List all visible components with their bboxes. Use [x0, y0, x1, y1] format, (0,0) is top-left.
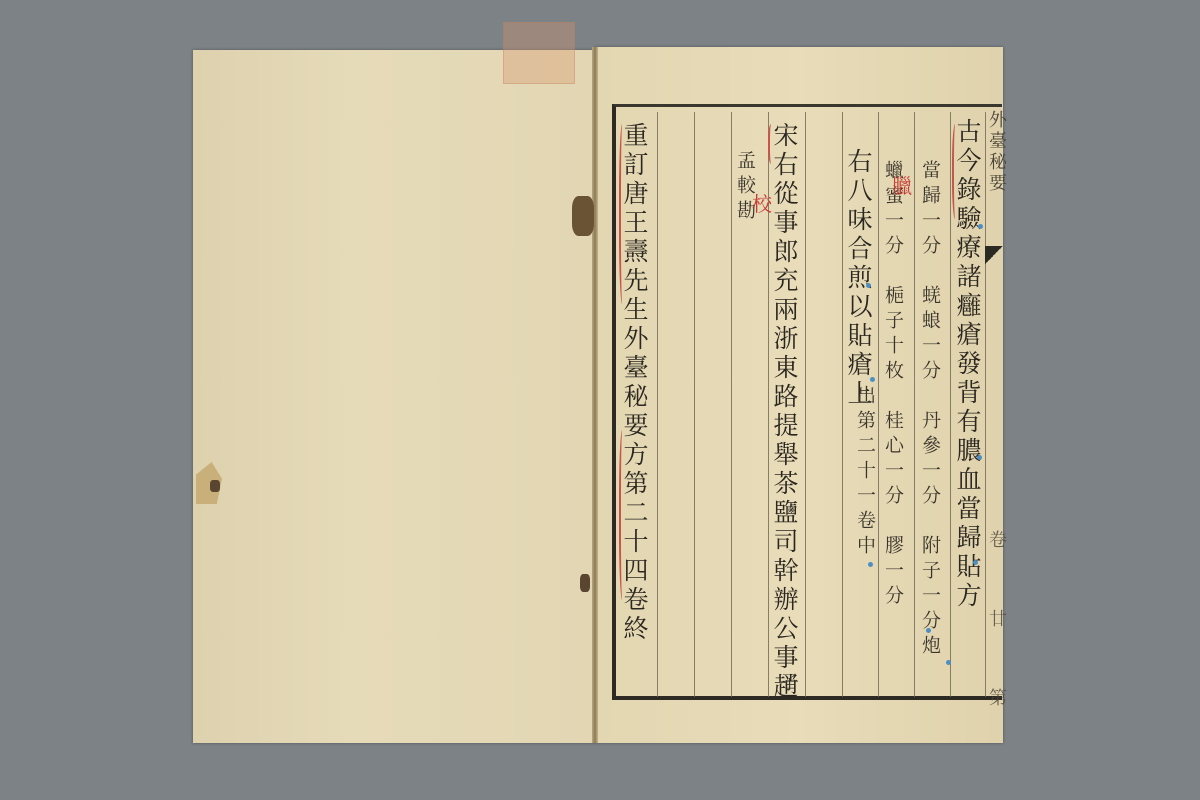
column-rule: [694, 112, 695, 697]
red-bracket-mark: [619, 124, 627, 304]
red-correction-char: 校: [752, 188, 772, 217]
worm-hole: [210, 480, 220, 492]
binding-thread-hole-top: [572, 196, 594, 236]
red-bracket-mark: [768, 124, 776, 164]
blue-punctuation-dot: [973, 560, 978, 565]
blue-punctuation-dot: [977, 455, 982, 460]
blue-punctuation-dot: [870, 377, 875, 382]
binding-thread-hole-bottom: [580, 574, 590, 592]
column-rule: [878, 112, 879, 697]
column-rule: [950, 112, 951, 697]
running-head: 外臺秘要: [983, 110, 1009, 194]
column-rule: [842, 112, 843, 697]
printed-border-frame: [612, 104, 1002, 700]
column-rule: [657, 112, 658, 697]
red-bracket-mark: [619, 430, 627, 600]
column-rule: [731, 112, 732, 697]
red-correction-char: 臘: [892, 170, 912, 199]
red-bracket-mark: [952, 124, 960, 219]
text-column-instructions: 右八味合煎以貼瘡上: [846, 148, 871, 409]
text-column-ingredients-2: 蠟蜜一分 梔子十枚 桂心一分 膠一分: [883, 160, 902, 610]
fishtail-mark-icon: [985, 246, 1003, 264]
blue-punctuation-dot: [926, 628, 931, 633]
blue-punctuation-dot: [866, 283, 871, 288]
column-rule: [805, 112, 806, 697]
blue-punctuation-dot: [868, 562, 873, 567]
left-page-blank: [193, 50, 595, 743]
blue-punctuation-dot: [946, 660, 951, 665]
column-rule: [914, 112, 915, 697]
text-column-editor-note: 子: [778, 672, 797, 697]
book-spine: [592, 47, 598, 743]
text-column-editor: 宋右從事郎充兩浙東路提舉茶鹽司幹辦公事趙: [772, 122, 797, 702]
blue-punctuation-dot: [978, 224, 983, 229]
faded-seal-stamp: [503, 22, 575, 84]
text-column-ingredients-1: 當歸一分 蜣蜋一分 丹參一分 附子一分炮: [920, 160, 939, 660]
running-foot: 卷 廿 第: [983, 530, 1009, 726]
text-column-source-note: 出第二十一卷中: [855, 385, 874, 560]
